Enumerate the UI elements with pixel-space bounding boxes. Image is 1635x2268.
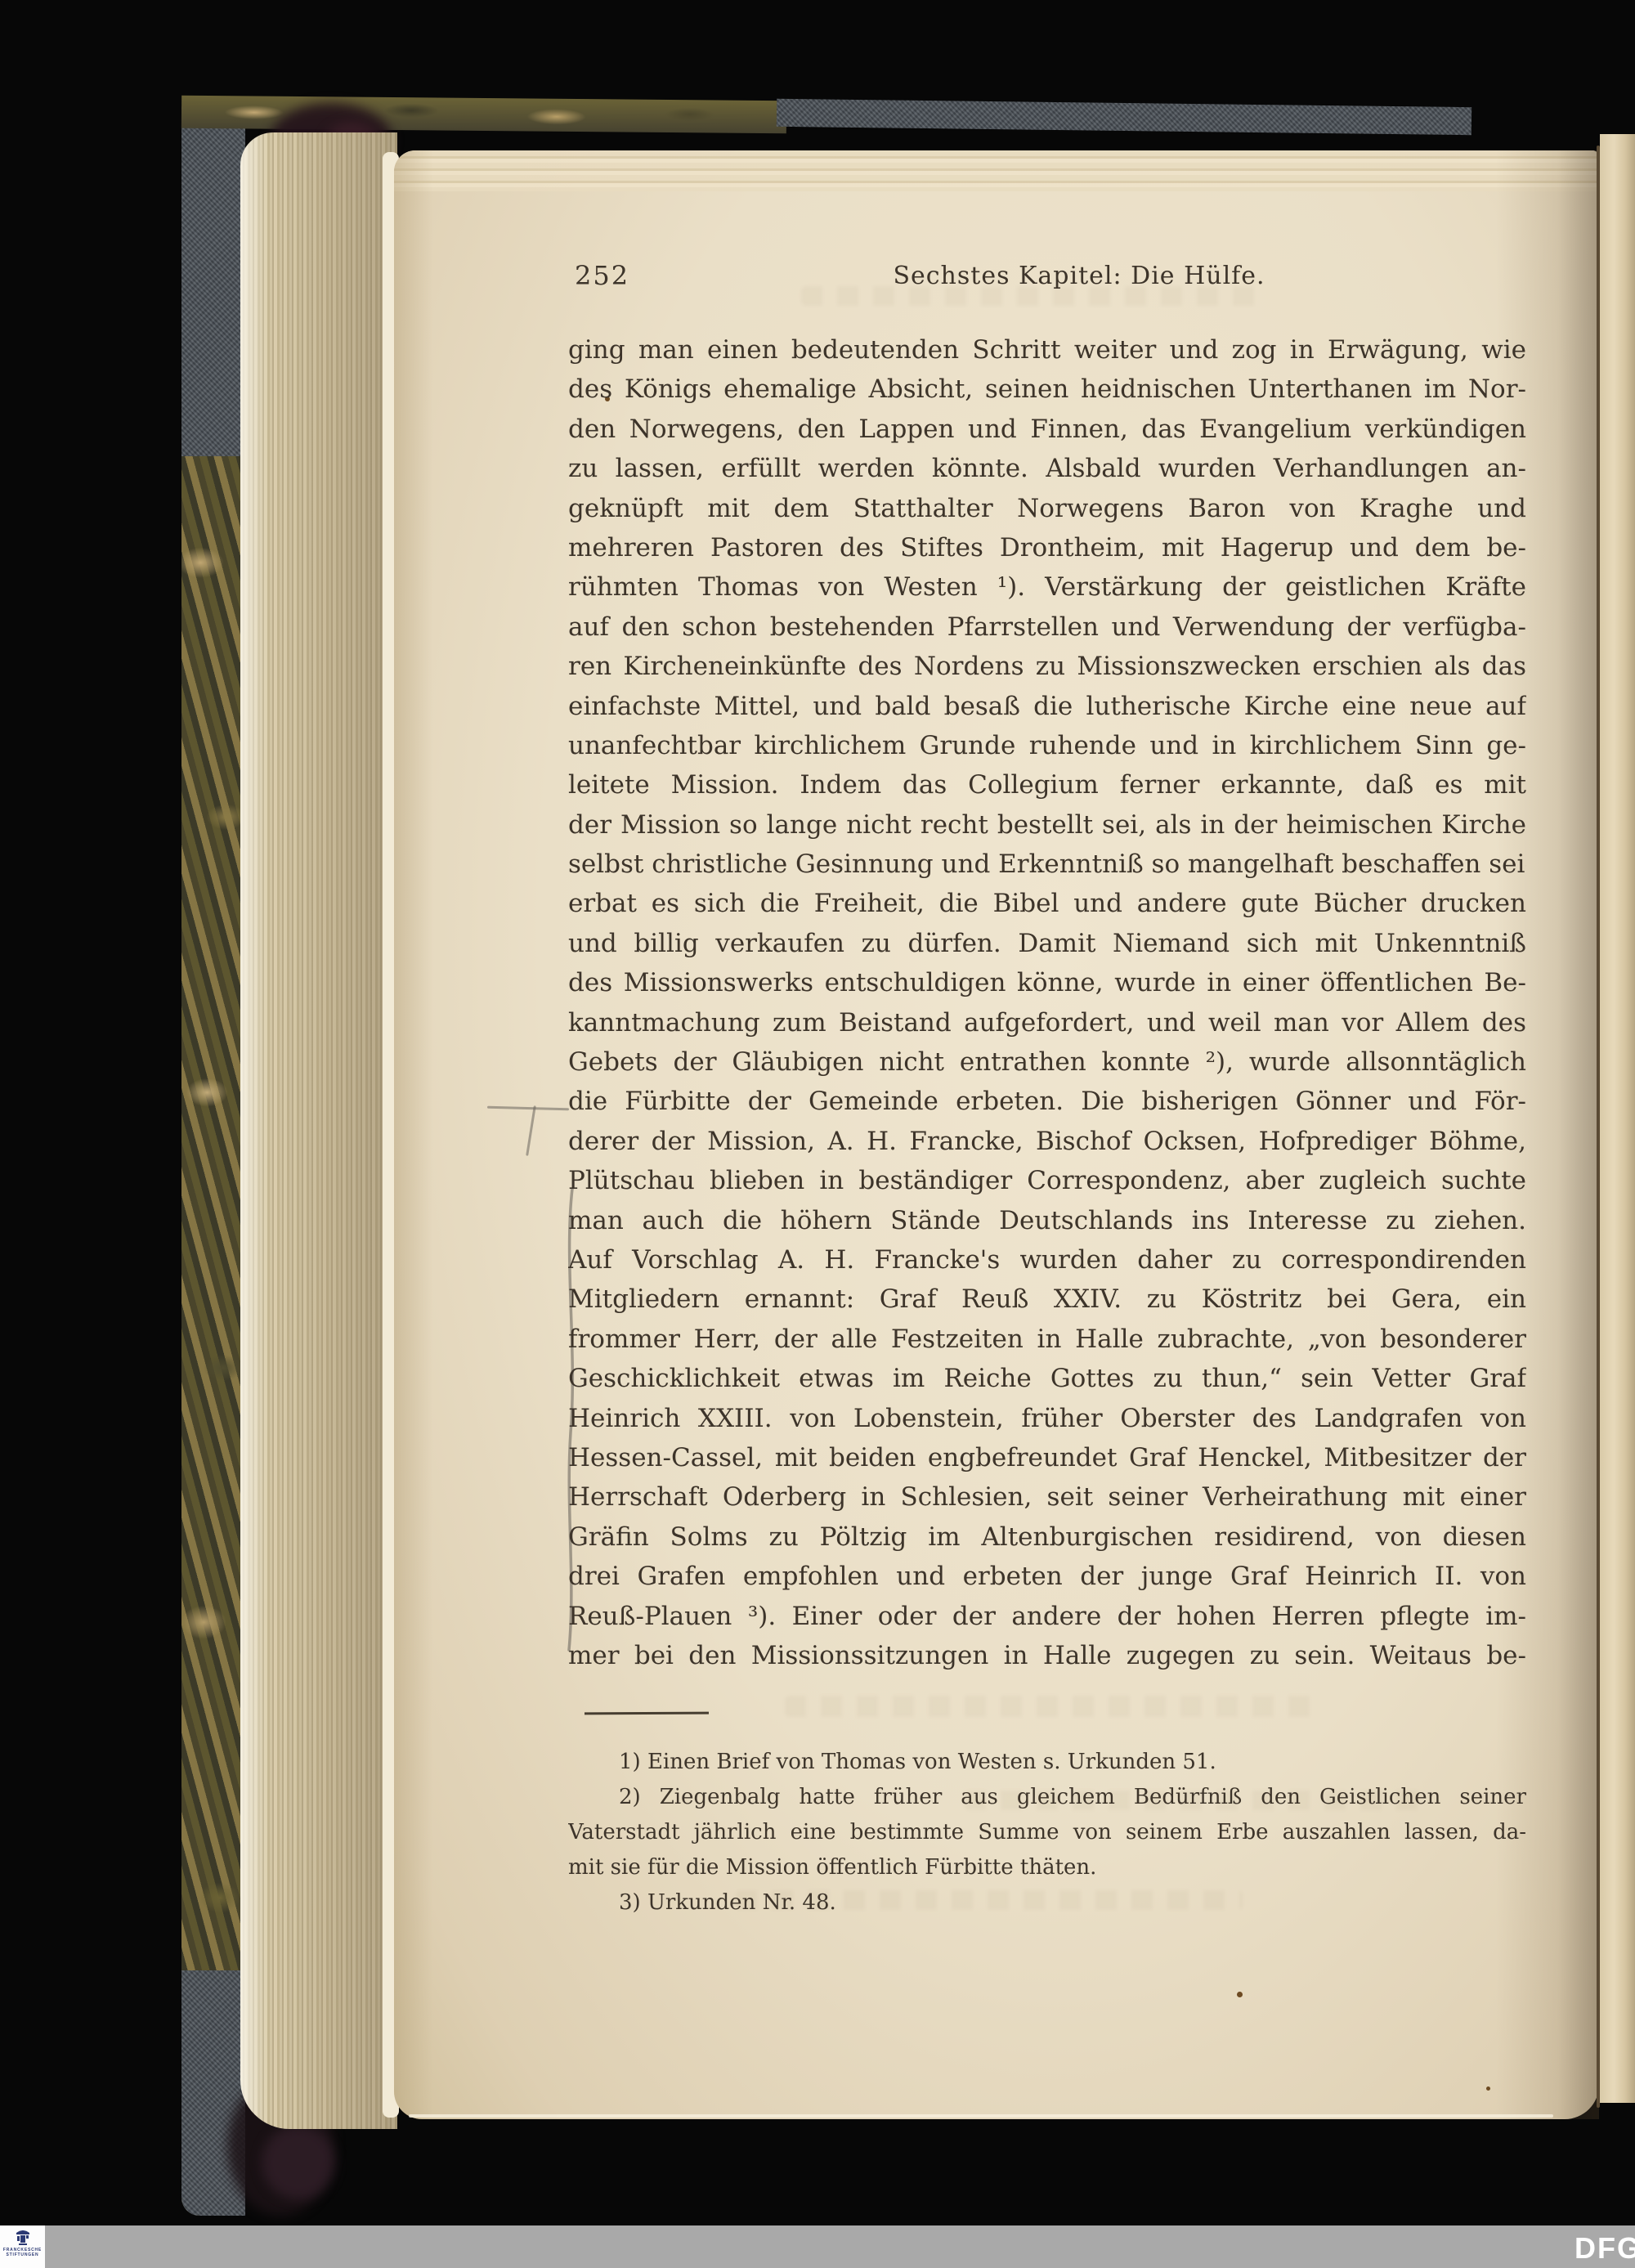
paper-speck bbox=[1486, 2086, 1490, 2091]
footnote-line: 2) Ziegenbalg hatte früher aus gleichem … bbox=[568, 1780, 1526, 1815]
bleed-through-text bbox=[785, 1696, 1324, 1717]
text-line: ging man einen bedeutenden Schritt weite… bbox=[568, 330, 1526, 370]
text-line: Reuß-Plauen ³). Einer oder der andere de… bbox=[568, 1597, 1526, 1636]
page-number: 252 bbox=[575, 260, 629, 291]
footnotes: 1) Einen Brief von Thomas von Westen s. … bbox=[568, 1745, 1526, 1921]
franckesche-stiftungen-logo: FRANCKESCHE STIFTUNGEN bbox=[0, 2225, 45, 2268]
text-line: die Fürbitte der Gemeinde erbeten. Die b… bbox=[568, 1082, 1526, 1121]
book-cover-top-edge-cloth bbox=[777, 99, 1471, 135]
text-line: Herrschaft Oderberg in Schlesien, seit s… bbox=[568, 1477, 1526, 1517]
text-line: leitete Mission. Indem das Collegium fer… bbox=[568, 765, 1526, 805]
page-stack-fore-edge bbox=[240, 132, 397, 2129]
text-line: Plütschau blieben in beständiger Corresp… bbox=[568, 1161, 1526, 1200]
text-line: zu lassen, erfüllt werden könnte. Alsbal… bbox=[568, 449, 1526, 488]
text-line: rühmten Thomas von Westen ¹). Verstärkun… bbox=[568, 567, 1526, 607]
frayed-cloth-bottom-corner-detail bbox=[262, 2126, 335, 2199]
body-text: ging man einen bedeutenden Schritt weite… bbox=[568, 330, 1526, 1675]
text-line: geknüpft mit dem Statthalter Norwegens B… bbox=[568, 489, 1526, 528]
page-bottom-edge-highlight bbox=[409, 2114, 1553, 2118]
scanned-book-photo: 252 Sechstes Kapitel: Die Hülfe. ging ma… bbox=[0, 0, 1635, 2268]
francke-statue-icon bbox=[14, 2228, 32, 2248]
book-cover-top-edge-marble bbox=[181, 96, 786, 133]
text-line: einfachste Mittel, und bald besaß die lu… bbox=[568, 687, 1526, 726]
footnote-line: 1) Einen Brief von Thomas von Westen s. … bbox=[568, 1745, 1526, 1780]
dfg-logo: DFG bbox=[1575, 2231, 1635, 2266]
text-line: Gräfin Solms zu Pöltzig im Altenburgisch… bbox=[568, 1517, 1526, 1557]
text-line: Hessen-Cassel, mit beiden engbefreundet … bbox=[568, 1438, 1526, 1477]
running-header: Sechstes Kapitel: Die Hülfe. bbox=[817, 262, 1341, 290]
text-line: den Norwegens, den Lappen und Finnen, da… bbox=[568, 410, 1526, 449]
text-line: selbst christliche Gesinnung und Erkennt… bbox=[568, 845, 1526, 884]
text-line: mer bei den Missionssitzungen in Halle z… bbox=[568, 1636, 1526, 1675]
text-line: auf den schon bestehenden Pfarrstellen u… bbox=[568, 607, 1526, 647]
text-line: derer der Mission, A. H. Francke, Bischo… bbox=[568, 1122, 1526, 1161]
text-line: Geschicklichkeit etwas im Reiche Gottes … bbox=[568, 1359, 1526, 1398]
text-line: frommer Herr, der alle Festzeiten in Hal… bbox=[568, 1320, 1526, 1359]
library-name-line2: STIFTUNGEN bbox=[7, 2252, 39, 2257]
footnote-line: 3) Urkunden Nr. 48. bbox=[568, 1885, 1526, 1921]
footnote-line: mit sie für die Mission öffentlich Fürbi… bbox=[568, 1850, 1526, 1885]
text-line: man auch die höhern Stände Deutschlands … bbox=[568, 1201, 1526, 1240]
text-line: der Mission so lange nicht recht bestell… bbox=[568, 805, 1526, 845]
scan-footer-strip bbox=[0, 2225, 1635, 2268]
text-line: Auf Vorschlag A. H. Francke's wurden dah… bbox=[568, 1240, 1526, 1280]
text-line: unanfechtbar kirchlichem Grunde ruhende … bbox=[568, 726, 1526, 765]
text-line: Gebets der Gläubigen nicht entrathen kon… bbox=[568, 1042, 1526, 1082]
footnote-line: Vaterstadt jährlich eine bestimmte Summe… bbox=[568, 1815, 1526, 1850]
text-line: mehreren Pastoren des Stiftes Drontheim,… bbox=[568, 528, 1526, 567]
text-line: kanntmachung zum Beistand aufgefordert, … bbox=[568, 1003, 1526, 1042]
text-line: erbat es sich die Freiheit, die Bibel un… bbox=[568, 884, 1526, 923]
text-line: Mitgliedern ernannt: Graf Reuß XXIV. zu … bbox=[568, 1280, 1526, 1319]
text-line: des Königs ehemalige Absicht, seinen hei… bbox=[568, 370, 1526, 409]
text-line: ren Kircheneinkünfte des Nordens zu Miss… bbox=[568, 647, 1526, 686]
book-cover-cloth-corner-top bbox=[181, 96, 245, 456]
text-line: drei Grafen empfohlen und erbeten der ju… bbox=[568, 1557, 1526, 1596]
facing-page-sliver bbox=[1600, 134, 1635, 2103]
text-line: und billig verkaufen zu dürfen. Damit Ni… bbox=[568, 924, 1526, 963]
paper-speck bbox=[1237, 1992, 1243, 1997]
text-line: des Missionswerks entschuldigen könne, w… bbox=[568, 963, 1526, 1002]
text-line: Heinrich XXIII. von Lobenstein, früher O… bbox=[568, 1399, 1526, 1438]
